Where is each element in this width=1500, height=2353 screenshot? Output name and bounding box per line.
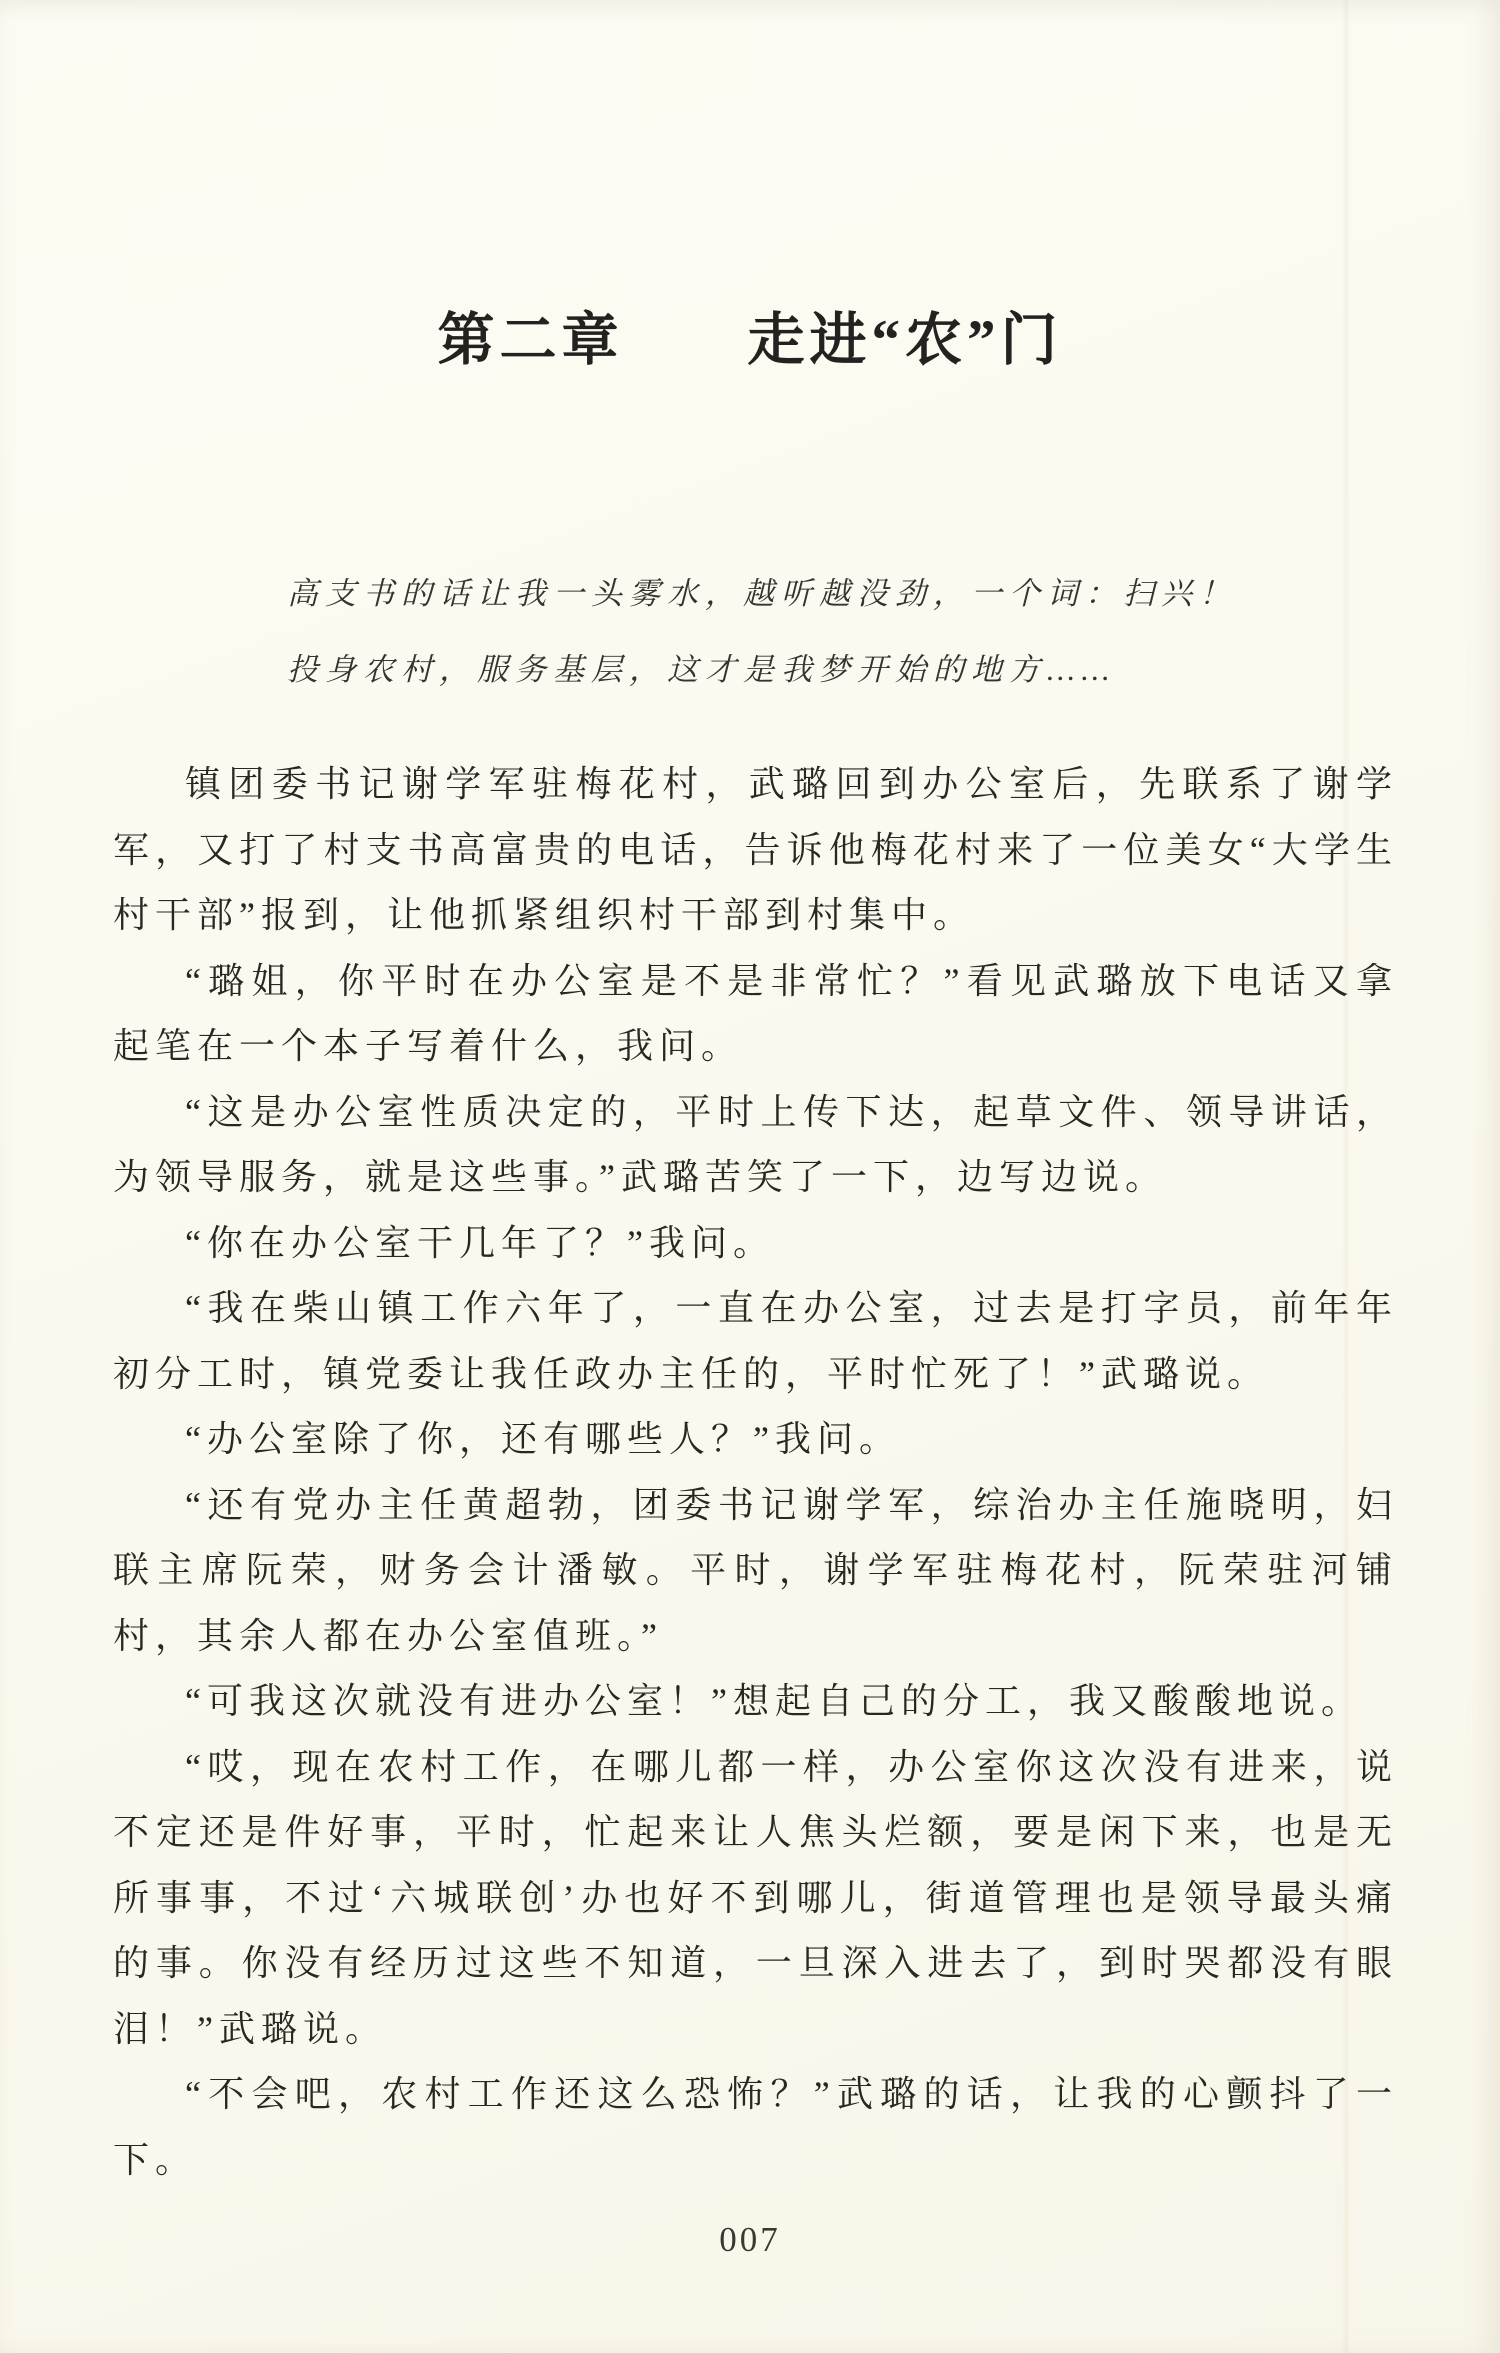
epigraph-line: 高支书的话让我一头雾水，越听越没劲，一个词：扫兴！ bbox=[287, 556, 1390, 632]
paragraph: “璐姐，你平时在办公室是不是非常忙？”看见武璐放下电话又拿起笔在一个本子写着什么… bbox=[113, 949, 1398, 1080]
chapter-title: 第二章 走进“农”门 bbox=[0, 294, 1500, 376]
body-text: 镇团委书记谢学军驻梅花村，武璐回到办公室后，先联系了谢学军，又打了村支书高富贵的… bbox=[113, 752, 1398, 2193]
paragraph: “可我这次就没有进办公室！”想起自己的分工，我又酸酸地说。 bbox=[113, 1669, 1398, 1735]
paragraph: “办公室除了你，还有哪些人？”我问。 bbox=[113, 1407, 1398, 1473]
paragraph: “哎，现在农村工作，在哪儿都一样，办公室你这次没有进来，说不定还是件好事，平时，… bbox=[113, 1735, 1398, 2063]
paragraph: “还有党办主任黄超勃，团委书记谢学军，综治办主任施晓明，妇联主席阮荣，财务会计潘… bbox=[113, 1473, 1398, 1670]
epigraph: 高支书的话让我一头雾水，越听越没劲，一个词：扫兴！ 投身农村，服务基层，这才是我… bbox=[287, 556, 1390, 708]
paragraph: 镇团委书记谢学军驻梅花村，武璐回到办公室后，先联系了谢学军，又打了村支书高富贵的… bbox=[113, 752, 1398, 949]
book-page: 第二章 走进“农”门 高支书的话让我一头雾水，越听越没劲，一个词：扫兴！ 投身农… bbox=[0, 0, 1500, 2353]
paragraph: “我在柴山镇工作六年了，一直在办公室，过去是打字员，前年年初分工时，镇党委让我任… bbox=[113, 1276, 1398, 1407]
epigraph-line: 投身农村，服务基层，这才是我梦开始的地方…… bbox=[287, 632, 1390, 708]
page-number: 007 bbox=[0, 2220, 1500, 2260]
paragraph: “你在办公室干几年了？”我问。 bbox=[113, 1211, 1398, 1277]
paragraph: “这是办公室性质决定的，平时上传下达，起草文件、领导讲话，为领导服务，就是这些事… bbox=[113, 1080, 1398, 1211]
paragraph: “不会吧，农村工作还这么恐怖？”武璐的话，让我的心颤抖了一下。 bbox=[113, 2062, 1398, 2193]
